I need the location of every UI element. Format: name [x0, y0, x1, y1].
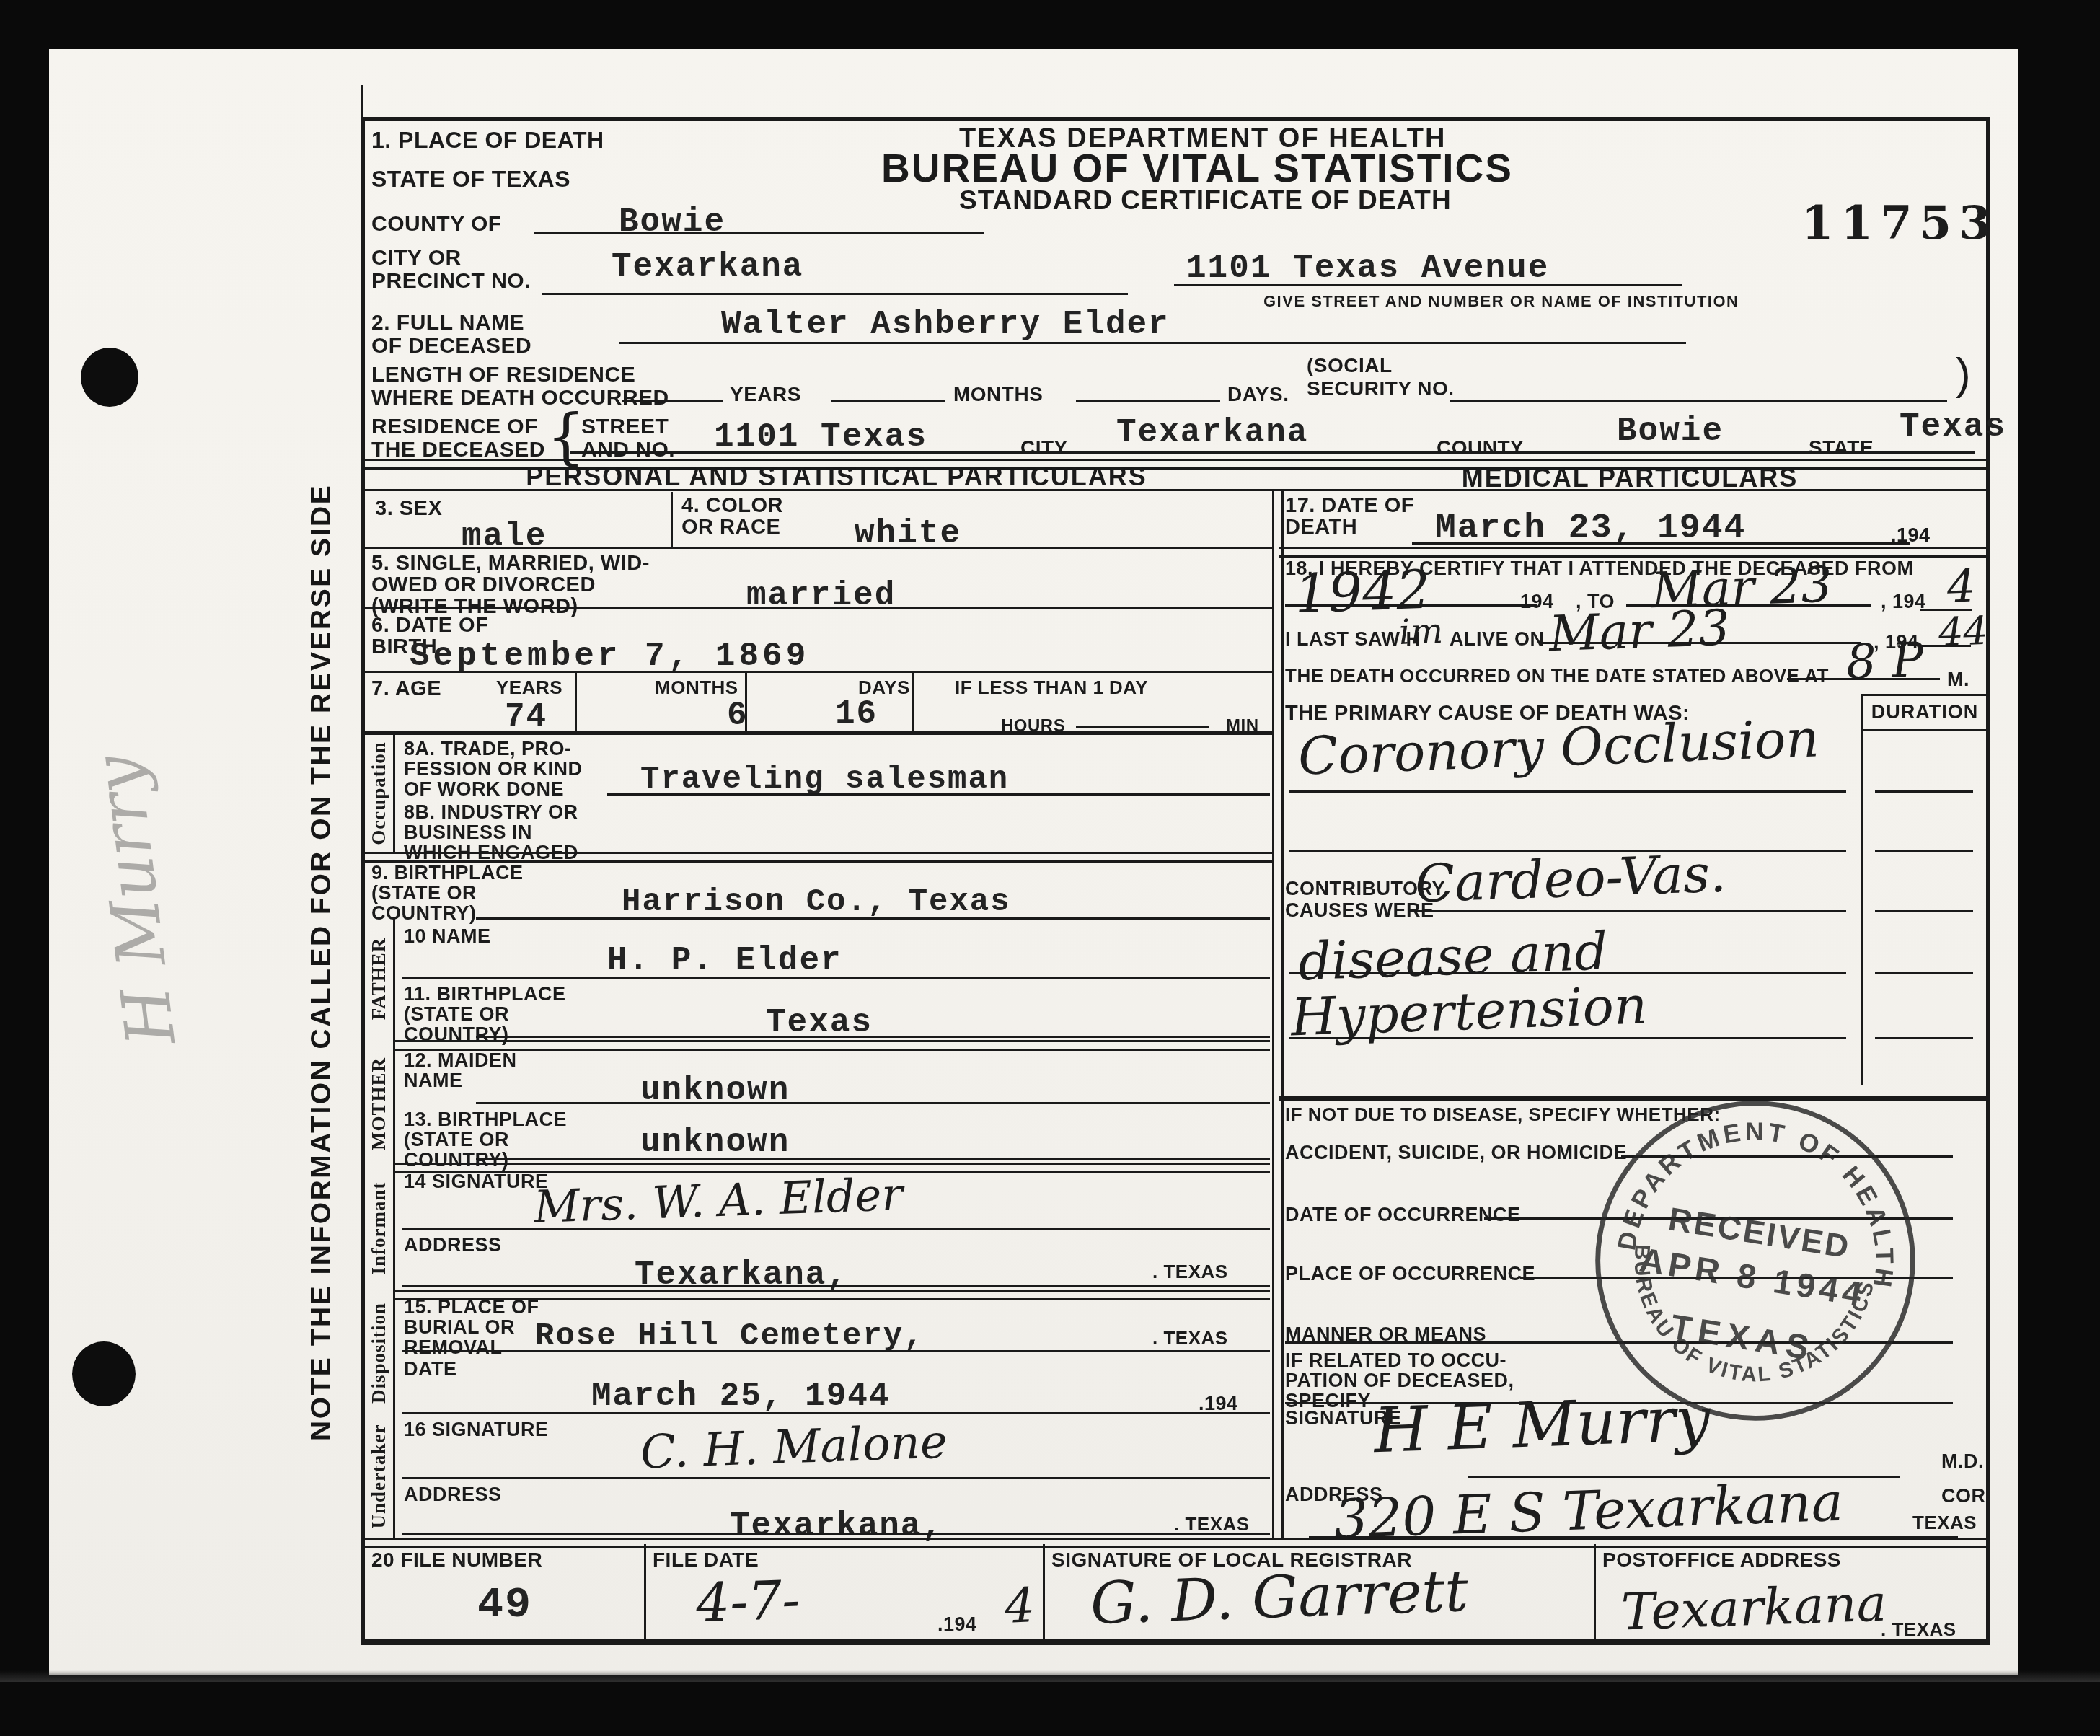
- related-label-2: PATION OF DECEASED,: [1285, 1370, 1514, 1391]
- county-cap-label: COUNTY: [1437, 437, 1524, 459]
- rule-line: [393, 1040, 1270, 1051]
- rule-line: [570, 451, 1975, 454]
- scan-edge-top: [0, 0, 2100, 49]
- file-date-script: 4-7-: [695, 1569, 801, 1635]
- place-occurrence-label: PLACE OF OCCURRENCE: [1285, 1264, 1535, 1285]
- rule-line: [1986, 117, 1990, 1643]
- rule-line: [1076, 726, 1209, 728]
- rule-line: [1875, 972, 1973, 974]
- rule-line: [1875, 850, 1973, 852]
- address14-label: ADDRESS: [404, 1235, 502, 1256]
- rule-line: [361, 117, 365, 1643]
- rule-line: [745, 671, 747, 731]
- rule-line: [1875, 910, 1973, 912]
- rule-line: [361, 85, 363, 117]
- rule-line: [1309, 1536, 1958, 1538]
- trade-value: Traveling salesman: [640, 762, 1009, 798]
- scan-edge-bottom: [0, 1682, 2100, 1736]
- rule-line: [1875, 790, 1973, 793]
- rule-line: [393, 917, 395, 1538]
- rule-line: [1413, 910, 1846, 912]
- burial-label-3: REMOVAL: [404, 1337, 503, 1358]
- scan-edge-left: [0, 0, 49, 1736]
- city-label-1: CITY OR: [371, 247, 462, 270]
- rule-line: [619, 342, 1686, 344]
- cor-label: COR.: [1941, 1486, 1992, 1507]
- rule-line: [534, 232, 984, 234]
- fullname-label-1: 2. FULL NAME: [371, 312, 524, 335]
- trade-label-1: 8A. TRADE, PRO-: [404, 739, 572, 759]
- rule-line: [402, 1350, 1270, 1352]
- age-days-value: 16: [835, 695, 878, 733]
- color-label-2: OR RACE: [681, 516, 780, 539]
- birthplace13-label-2: (STATE OR: [404, 1129, 509, 1150]
- rule-line: [364, 731, 1272, 735]
- informant-side-label: Informant: [368, 1168, 390, 1288]
- street-no-label-1: STREET: [581, 415, 669, 439]
- rule-line: [671, 492, 673, 547]
- undertaker-side-label: Undertaker: [368, 1416, 390, 1536]
- city-value: Texarkana: [612, 248, 803, 286]
- last-saw-im: im: [1398, 611, 1444, 653]
- fullname-label-2: OF DECEASED: [371, 335, 531, 358]
- address16-texas: . TEXAS: [1174, 1515, 1250, 1535]
- rule-line: [1787, 678, 1940, 680]
- reverse-side-note: NOTE THE INFORMATION CALLED FOR ON THE R…: [306, 484, 337, 1441]
- days-label: DAYS.: [1227, 384, 1289, 405]
- residence-city-value: Texarkana: [1116, 414, 1308, 451]
- sex-label: 3. SEX: [375, 498, 442, 520]
- rule-line: [1922, 645, 1971, 647]
- file-date-suffix: 4: [1004, 1577, 1036, 1634]
- file-number-value: 49: [477, 1581, 532, 1630]
- mother-side-label: MOTHER: [368, 1048, 390, 1160]
- rule-line: [607, 793, 1270, 796]
- to-year-suffix: 4: [1946, 559, 1977, 612]
- scan-shadow: [0, 1670, 2100, 1682]
- death-hour-value: 8 P: [1845, 632, 1925, 690]
- burial-date-194: .194: [1199, 1393, 1238, 1414]
- rule-line: [644, 1544, 646, 1639]
- hole-punch-bottom: [72, 1341, 136, 1406]
- birthplace11-label-1: 11. BIRTHPLACE: [404, 984, 566, 1005]
- rule-line: [476, 917, 1270, 920]
- birthplace11-label-2: (STATE OR: [404, 1004, 509, 1025]
- residence-state-value: Texas: [1900, 408, 2006, 446]
- name10-value: H. P. Elder: [607, 942, 842, 979]
- marital-label-2: OWED OR DIVORCED: [371, 574, 596, 596]
- signature16-label: 16 SIGNATURE: [404, 1419, 549, 1440]
- dod-label-2: DEATH: [1285, 516, 1357, 539]
- birthplace13-value: unknown: [640, 1124, 790, 1161]
- age-years-label: YEARS: [496, 678, 562, 698]
- rule-line: [1076, 400, 1220, 402]
- marital-label-1: 5. SINGLE, MARRIED, WID-: [371, 552, 650, 575]
- contributory-value-1: Cardeo-Vas.: [1414, 842, 1727, 914]
- city-label-2: PRECINCT NO.: [371, 270, 531, 293]
- rule-line: [402, 1533, 1270, 1535]
- rule-line: [831, 400, 945, 402]
- trade-label-3: OF WORK DONE: [404, 779, 564, 800]
- physician-address-texas: TEXAS: [1912, 1513, 1977, 1533]
- county-value: Bowie: [619, 203, 725, 241]
- postoffice-value: Texarkana: [1620, 1574, 1888, 1642]
- rule-line: [476, 1036, 1270, 1038]
- received-stamp: DEPARTMENT OF HEALTH BUREAU OF VITAL STA…: [1561, 1066, 1950, 1455]
- residence-length-label-2: WHERE DEATH OCCURRED: [371, 387, 669, 410]
- city-cap-label: CITY: [1020, 437, 1068, 459]
- burial-value: Rose Hill Cemetery,: [535, 1318, 925, 1354]
- maiden-label-1: 12. MAIDEN: [404, 1050, 517, 1071]
- rule-line: [1285, 604, 1537, 607]
- rule-line: [1174, 284, 1682, 286]
- rule-line: [542, 293, 1128, 295]
- birthplace9-label-1: 9. BIRTHPLACE: [371, 863, 524, 884]
- rule-line: [402, 1228, 1270, 1230]
- months-label: MONTHS: [953, 384, 1043, 405]
- residence-street-value: 1101 Texas: [714, 418, 927, 456]
- registrar-signature: G. D. Garrett: [1090, 1557, 1470, 1637]
- file-date-194: .194: [937, 1614, 977, 1635]
- dob-value: September 7, 1869: [410, 638, 809, 675]
- occupation-side-label: Occupation: [368, 735, 390, 852]
- rule-line: [622, 400, 723, 402]
- postoffice-texas: . TEXAS: [1881, 1620, 1956, 1640]
- burial-label-2: BURIAL OR: [404, 1317, 515, 1338]
- duration-box: DURATION: [1861, 694, 1989, 731]
- signature14-label: 14 SIGNATURE: [404, 1171, 549, 1192]
- medical-section-header: MEDICAL PARTICULARS: [1320, 464, 1940, 492]
- rule-line: [1043, 1544, 1045, 1639]
- residence-length-label-1: LENGTH OF RESIDENCE: [371, 363, 635, 387]
- rule-line: [402, 977, 1270, 979]
- rule-line: [476, 1158, 1270, 1160]
- residence-label-1: RESIDENCE OF: [371, 415, 538, 439]
- burial-date-label: DATE: [404, 1359, 457, 1380]
- rule-line: [364, 852, 1272, 863]
- rule-line: [402, 1412, 1270, 1414]
- age-label: 7. AGE: [371, 678, 441, 700]
- burial-label-1: 15. PLACE OF: [404, 1297, 539, 1318]
- address14-texas: . TEXAS: [1152, 1262, 1228, 1282]
- burial-date-value: March 25, 1944: [591, 1378, 890, 1415]
- street-caption: GIVE STREET AND NUMBER OR NAME OF INSTIT…: [1263, 293, 1739, 309]
- rule-line: [912, 671, 914, 731]
- rule-line: [393, 735, 395, 852]
- scanned-death-certificate: H Murry NOTE THE INFORMATION CALLED FOR …: [0, 0, 2100, 1736]
- fullname-value: Walter Ashberry Elder: [721, 306, 1170, 343]
- death-occurred-text: THE DEATH OCCURRED ON THE DATE STATED AB…: [1285, 666, 1829, 687]
- address16-label: ADDRESS: [404, 1484, 502, 1505]
- rule-line: [1289, 972, 1846, 974]
- address14-value: Texarkana,: [635, 1256, 848, 1294]
- rule-line: [364, 547, 1272, 549]
- burial-texas: . TEXAS: [1152, 1329, 1228, 1349]
- birthplace9-label-2: (STATE OR: [371, 883, 477, 904]
- years-label: YEARS: [730, 384, 801, 405]
- scan-edge-right: [2018, 0, 2100, 1736]
- rule-line: [1289, 1037, 1846, 1039]
- certificate-number: 11753: [1801, 196, 1998, 250]
- contributory-label-2: CAUSES WERE: [1285, 900, 1434, 921]
- date-occurrence-label: DATE OF OCCURRENCE: [1285, 1204, 1521, 1225]
- rule-line: [361, 117, 1990, 121]
- color-label-1: 4. COLOR: [681, 495, 783, 517]
- sex-value: male: [462, 518, 547, 555]
- personal-section-header: PERSONAL AND STATISTICAL PARTICULARS: [404, 463, 1269, 490]
- rule-line: [1272, 489, 1284, 1539]
- rule-line: [364, 671, 1272, 673]
- ssn-label-2: SECURITY NO.: [1307, 378, 1455, 400]
- disposition-side-label: Disposition: [368, 1295, 390, 1411]
- file-number-label: 20 FILE NUMBER: [371, 1549, 542, 1571]
- last-saw-label-2: ALIVE ON: [1450, 629, 1545, 650]
- industry-label-1: 8B. INDUSTRY OR: [404, 802, 578, 823]
- industry-label-2: BUSINESS IN: [404, 822, 532, 843]
- bureau-title: BUREAU OF VITAL STATISTICS: [880, 147, 1514, 189]
- last-year-suffix: 44: [1938, 608, 1989, 655]
- rule-line: [364, 1538, 1987, 1548]
- dod-label-1: 17. DATE OF: [1285, 495, 1414, 517]
- birthplace13-label-1: 13. BIRTHPLACE: [404, 1109, 567, 1130]
- name10-label: 10 NAME: [404, 926, 491, 947]
- last-saw-value: Mar 23: [1548, 600, 1731, 664]
- hole-punch-top: [81, 348, 138, 407]
- related-label-1: IF RELATED TO OCCU-: [1285, 1350, 1506, 1371]
- rule-line: [1412, 542, 1910, 545]
- rule-line: [1875, 1037, 1973, 1039]
- rule-line: [364, 489, 1987, 491]
- place-of-death-label: 1. PLACE OF DEATH: [371, 128, 604, 153]
- dob-label-1: 6. DATE OF: [371, 614, 488, 637]
- rule-line: [402, 1477, 1270, 1479]
- age-months-label: MONTHS: [655, 678, 738, 698]
- rule-line: [361, 1639, 1990, 1645]
- signature16-value: C. H. Malone: [640, 1416, 948, 1480]
- rule-line: [575, 671, 577, 731]
- postoffice-label: POSTOFFICE ADDRESS: [1602, 1549, 1841, 1571]
- residence-county-value: Bowie: [1617, 413, 1724, 450]
- trade-label-2: FESSION OR KIND: [404, 759, 583, 780]
- accident-label: ACCIDENT, SUICIDE, OR HOMICIDE: [1285, 1142, 1627, 1163]
- county-label: COUNTY OF: [371, 213, 502, 236]
- rule-line: [1279, 547, 1986, 558]
- state-of-texas-label: STATE OF TEXAS: [371, 167, 570, 192]
- rule-line: [1594, 1544, 1596, 1639]
- paren-close: ): [1956, 351, 1971, 398]
- street-value: 1101 Texas Avenue: [1186, 250, 1549, 287]
- maiden-label-2: NAME: [404, 1070, 463, 1091]
- father-side-label: FATHER: [368, 919, 390, 1039]
- rule-line: [1289, 790, 1846, 793]
- md-label: M.D.: [1941, 1451, 1984, 1472]
- rule-line: [1543, 642, 1861, 644]
- m-label: M.: [1947, 669, 1969, 690]
- standard-title: STANDARD CERTIFICATE OF DEATH: [959, 186, 1435, 214]
- rule-line: [1450, 400, 1947, 402]
- file-date-label: FILE DATE: [653, 1549, 759, 1571]
- birthplace9-value: Harrison Co., Texas: [622, 884, 1011, 920]
- state-cap-label: STATE: [1809, 437, 1874, 459]
- rule-line: [476, 1102, 1270, 1104]
- if-less-label: IF LESS THAN 1 DAY: [955, 678, 1148, 698]
- duration-label: DURATION: [1863, 702, 1987, 723]
- rule-line: [364, 607, 1272, 609]
- rule-line: [1861, 727, 1863, 1085]
- ssn-label-1: (SOCIAL: [1307, 355, 1393, 376]
- rule-line: [402, 1285, 1270, 1287]
